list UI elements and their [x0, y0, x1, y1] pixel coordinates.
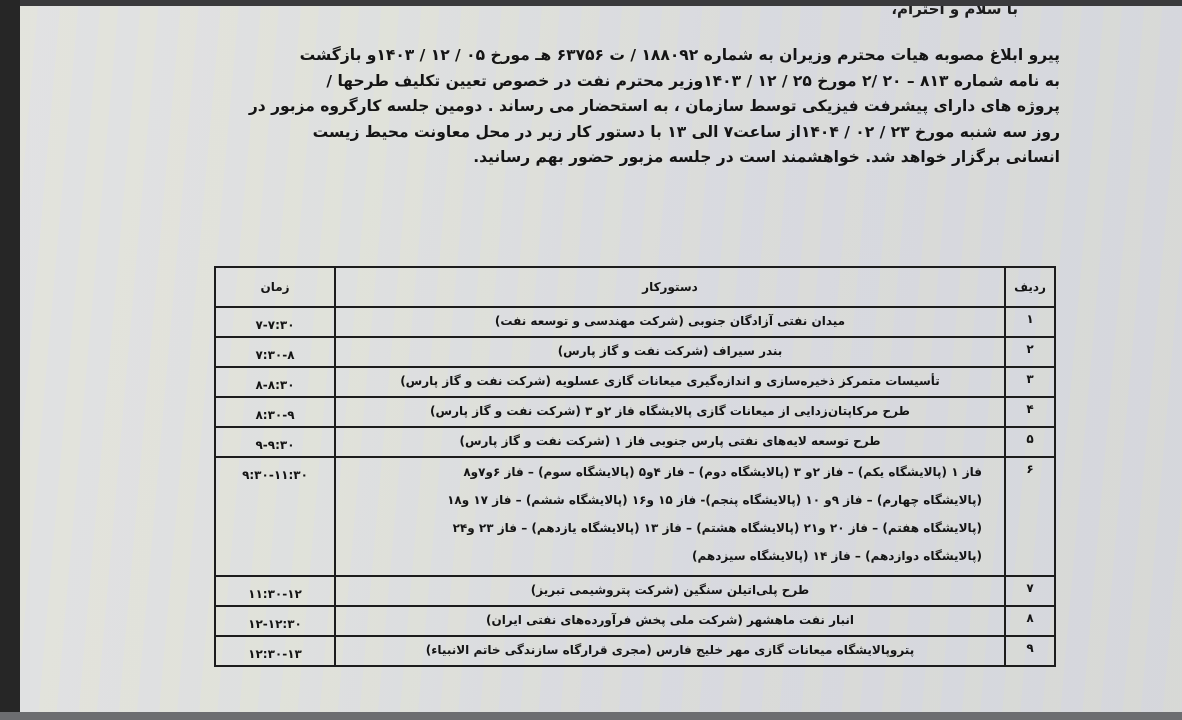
table-row: ۷ طرح پلی‌اتیلن سنگین (شرکت پتروشیمی تبر… [215, 576, 1055, 606]
table-row: ۴ طرح مرکاپتان‌زدایی از میعانات گازی پال… [215, 397, 1055, 427]
row-time: ۹:۳۰-۱۱:۳۰ [215, 457, 335, 576]
row-number: ۹ [1005, 636, 1055, 666]
row-agenda: انبار نفت ماهشهر (شرکت ملی پخش فرآورده‌ه… [335, 606, 1005, 636]
row-time: ۱۲-۱۲:۳۰ [215, 606, 335, 636]
table-header-row: ردیف دستورکار زمان [215, 267, 1055, 307]
row-agenda: پتروپالایشگاه میعانات گازی مهر خلیج فارس… [335, 636, 1005, 666]
row-number: ۵ [1005, 427, 1055, 457]
row-number: ۱ [1005, 307, 1055, 337]
screen-bezel-left [0, 0, 20, 720]
body-line: پیرو ابلاغ مصوبه هیات محترم وزیران به شم… [150, 43, 1060, 69]
agenda-line: فاز ۱ (پالایشگاه یکم) – فاز ۲و ۳ (پالایش… [336, 458, 982, 486]
row-time: ۸:۳۰-۹ [215, 397, 335, 427]
row-number: ۴ [1005, 397, 1055, 427]
table-row: ۱ میدان نفتی آزادگان جنوبی (شرکت مهندسی … [215, 307, 1055, 337]
table-row: ۵ طرح توسعه لایه‌های نفتی پارس جنوبی فاز… [215, 427, 1055, 457]
row-time: ۷-۷:۳۰ [215, 307, 335, 337]
row-time: ۹-۹:۳۰ [215, 427, 335, 457]
greeting-text: با سلام و احترام، [891, 6, 1018, 18]
table-row: ۳ تأسیسات متمرکز ذخیره‌سازی و اندازه‌گیر… [215, 367, 1055, 397]
header-agenda: دستورکار [335, 267, 1005, 307]
letter-body: پیرو ابلاغ مصوبه هیات محترم وزیران به شم… [150, 43, 1060, 171]
row-agenda: طرح توسعه لایه‌های نفتی پارس جنوبی فاز ۱… [335, 427, 1005, 457]
body-line: به نامه شماره ۸۱۳ – ۲۰ /۲ مورخ ۲۵ / ۱۲ /… [150, 69, 1060, 95]
row-time: ۱۱:۳۰-۱۲ [215, 576, 335, 606]
row-number: ۳ [1005, 367, 1055, 397]
row-time: ۷:۳۰-۸ [215, 337, 335, 367]
agenda-table: ردیف دستورکار زمان ۱ میدان نفتی آزادگان … [214, 266, 1056, 667]
body-line: روز سه شنبه مورخ ۲۳ / ۰۲ / ۱۴۰۴از ساعت۷ … [150, 120, 1060, 146]
row-number: ۷ [1005, 576, 1055, 606]
header-row-number: ردیف [1005, 267, 1055, 307]
row-time: ۱۲:۳۰-۱۳ [215, 636, 335, 666]
row-agenda: میدان نفتی آزادگان جنوبی (شرکت مهندسی و … [335, 307, 1005, 337]
row-number: ۲ [1005, 337, 1055, 367]
table-row: ۶ فاز ۱ (پالایشگاه یکم) – فاز ۲و ۳ (پالا… [215, 457, 1055, 576]
table-row: ۸ انبار نفت ماهشهر (شرکت ملی پخش فرآورده… [215, 606, 1055, 636]
document-page: با سلام و احترام، پیرو ابلاغ مصوبه هیات … [20, 6, 1182, 712]
agenda-line: (پالایشگاه هفتم) – فاز ۲۰ و۲۱ (پالایشگاه… [336, 514, 982, 542]
row-agenda: طرح مرکاپتان‌زدایی از میعانات گازی پالای… [335, 397, 1005, 427]
body-line: پروژه های دارای پیشرفت فیزیکی توسط سازما… [150, 94, 1060, 120]
row-agenda: بندر سیراف (شرکت نفت و گاز پارس) [335, 337, 1005, 367]
agenda-line: (پالایشگاه چهارم) – فاز ۹و ۱۰ (پالایشگاه… [336, 486, 982, 514]
table-row: ۲ بندر سیراف (شرکت نفت و گاز پارس) ۷:۳۰-… [215, 337, 1055, 367]
table-row: ۹ پتروپالایشگاه میعانات گازی مهر خلیج فا… [215, 636, 1055, 666]
body-line: انسانی برگزار خواهد شد. خواهشمند است در … [150, 145, 1060, 171]
row-agenda-multiline: فاز ۱ (پالایشگاه یکم) – فاز ۲و ۳ (پالایش… [335, 457, 1005, 576]
row-agenda: تأسیسات متمرکز ذخیره‌سازی و اندازه‌گیری … [335, 367, 1005, 397]
row-agenda: طرح پلی‌اتیلن سنگین (شرکت پتروشیمی تبریز… [335, 576, 1005, 606]
screen-bezel-bottom [0, 712, 1182, 720]
header-time: زمان [215, 267, 335, 307]
row-time: ۸-۸:۳۰ [215, 367, 335, 397]
row-number: ۸ [1005, 606, 1055, 636]
row-number: ۶ [1005, 457, 1055, 576]
agenda-line: (پالایشگاه دوازدهم) – فاز ۱۴ (پالایشگاه … [336, 542, 982, 570]
